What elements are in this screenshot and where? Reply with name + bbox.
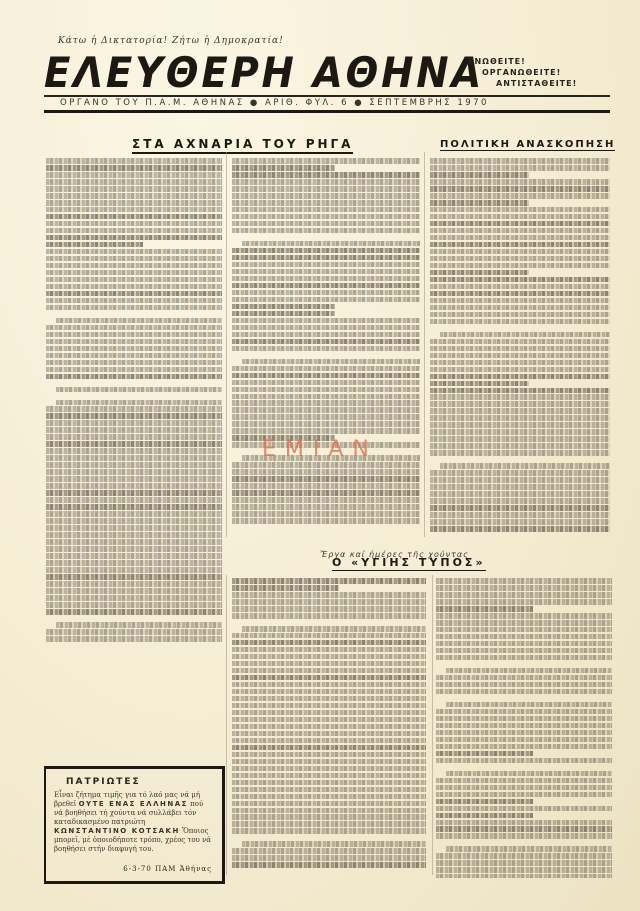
text-line (430, 512, 610, 518)
text-line (232, 689, 426, 695)
article-column (436, 578, 612, 878)
text-line (232, 808, 426, 814)
text-line (430, 312, 610, 318)
text-line (46, 504, 222, 510)
text-line (430, 401, 610, 407)
column-divider (226, 152, 227, 537)
text-line (46, 214, 222, 220)
text-line (436, 867, 612, 873)
text-line (430, 526, 610, 532)
text-line (46, 448, 222, 454)
text-line (436, 806, 612, 812)
text-line (46, 298, 222, 304)
text-line (436, 853, 612, 859)
text-line (430, 498, 610, 504)
text-line (430, 200, 529, 206)
text-line (232, 731, 426, 737)
text-line (232, 801, 426, 807)
text-line (430, 367, 610, 373)
text-line (232, 654, 426, 660)
column-divider (432, 575, 433, 875)
text-line (56, 622, 222, 628)
text-line (430, 408, 610, 414)
text-line (436, 785, 612, 791)
text-line (46, 434, 222, 440)
notice-signature: 6-3-70 ΠΑΜ Ἀθήνας (123, 865, 212, 873)
text-line (46, 455, 222, 461)
text-line (430, 319, 610, 325)
masthead-rule (44, 110, 610, 113)
text-line (46, 270, 222, 276)
column-divider (424, 152, 425, 537)
text-line (242, 626, 426, 632)
text-line (430, 207, 610, 213)
notice-emphasis: ΟΥΤΕ ΕΝΑΣ ΕΛΛΗΝΑΣ (79, 800, 188, 808)
text-line (430, 346, 610, 352)
text-line (46, 228, 222, 234)
text-line (232, 511, 420, 517)
text-line (232, 814, 426, 820)
text-line (242, 241, 420, 247)
text-line (232, 428, 420, 434)
text-line (46, 158, 222, 164)
text-line (436, 592, 612, 598)
text-line (232, 200, 420, 206)
text-line (232, 421, 420, 427)
text-line (430, 263, 610, 269)
text-line (46, 546, 222, 552)
text-line (46, 339, 222, 345)
text-line (436, 730, 612, 736)
text-line (436, 813, 533, 819)
text-line (430, 381, 529, 387)
text-line (440, 463, 610, 469)
text-line (232, 269, 420, 275)
text-line (46, 629, 222, 635)
text-line (436, 613, 612, 619)
text-line (232, 394, 420, 400)
text-line (46, 476, 222, 482)
column-divider (226, 575, 227, 875)
text-line (46, 602, 222, 608)
text-line (56, 318, 222, 324)
text-line (232, 221, 420, 227)
text-line (430, 242, 610, 248)
text-line (446, 846, 612, 852)
text-line (232, 290, 420, 296)
text-line (430, 179, 610, 185)
text-line (46, 525, 222, 531)
text-line (46, 539, 222, 545)
text-line (430, 249, 610, 255)
text-line (430, 519, 610, 525)
text-line (46, 165, 222, 171)
lower-headline: Ο «ΥΓΙΗΣ ΤΥΠΟΣ» (332, 556, 486, 571)
text-line (436, 627, 612, 633)
text-line (232, 780, 426, 786)
text-line (46, 581, 222, 587)
text-line (46, 609, 222, 615)
text-line (430, 443, 610, 449)
text-line (46, 305, 222, 311)
text-line (232, 165, 335, 171)
text-line (436, 606, 533, 612)
text-line (436, 648, 612, 654)
text-line (46, 636, 222, 642)
text-line (430, 477, 610, 483)
text-line (242, 359, 420, 365)
text-line (232, 661, 426, 667)
main-headline: ΣΤΑ ΑΧΝΑΡΙΑ ΤΟΥ ΡΗΓΑ (132, 137, 353, 154)
text-line (232, 724, 426, 730)
text-line (232, 318, 420, 324)
text-line (46, 200, 222, 206)
text-line (430, 270, 529, 276)
text-line (232, 738, 426, 744)
slogan: ΟΡΓΑΝΩΘΕΙΤΕ! (468, 67, 577, 78)
text-line (436, 833, 612, 839)
text-line (232, 578, 426, 584)
text-line (46, 256, 222, 262)
text-line (46, 346, 222, 352)
text-line (46, 595, 222, 601)
text-line (232, 207, 420, 213)
text-line (46, 511, 222, 517)
text-line (232, 647, 426, 653)
text-line (436, 826, 612, 832)
text-line (430, 353, 610, 359)
text-line (46, 420, 222, 426)
text-line (232, 787, 426, 793)
text-line (46, 374, 222, 380)
text-line (430, 256, 610, 262)
text-line (436, 675, 612, 681)
text-line (436, 682, 612, 688)
article-column (46, 158, 222, 758)
text-line (436, 689, 612, 695)
text-line (430, 305, 610, 311)
text-line (430, 470, 610, 476)
text-line (436, 634, 612, 640)
text-line (430, 291, 610, 297)
text-line (232, 214, 420, 220)
text-line (46, 332, 222, 338)
text-line (46, 179, 222, 185)
text-line (430, 360, 610, 366)
text-line (440, 332, 610, 338)
text-line (232, 490, 420, 496)
text-line (232, 828, 426, 834)
text-line (46, 560, 222, 566)
text-line (46, 413, 222, 419)
text-line (232, 228, 420, 234)
text-line (232, 339, 420, 345)
text-line (46, 360, 222, 366)
side-headline: ΠΟΛΙΤΙΚΗ ΑΝΑΣΚΟΠΗΣΗ (440, 139, 615, 151)
text-line (232, 504, 420, 510)
text-line (232, 387, 420, 393)
text-line (232, 794, 426, 800)
text-line (436, 820, 612, 826)
text-line (46, 235, 222, 241)
text-line (232, 407, 420, 413)
text-line (46, 553, 222, 559)
article-column (232, 578, 426, 878)
text-line (232, 483, 420, 489)
newspaper-title: ΕΛΕΥΘΕΡΗ ΑΘΗΝΑ (44, 48, 484, 97)
text-line (430, 172, 529, 178)
text-line (232, 675, 426, 681)
text-line (232, 848, 426, 854)
text-line (46, 469, 222, 475)
text-line (46, 532, 222, 538)
text-line (430, 214, 610, 220)
text-line (46, 367, 222, 373)
text-line (436, 641, 612, 647)
text-line (46, 172, 222, 178)
text-line (232, 158, 420, 164)
text-line (232, 476, 420, 482)
text-line (56, 400, 222, 406)
text-line (430, 422, 610, 428)
text-line (436, 751, 533, 757)
text-line (430, 221, 610, 227)
text-line (242, 841, 426, 847)
article-column (430, 158, 610, 542)
text-line (232, 262, 420, 268)
text-line (46, 193, 222, 199)
text-line (232, 592, 426, 598)
text-line (232, 710, 426, 716)
text-line (430, 388, 610, 394)
text-line (232, 414, 420, 420)
text-line (232, 862, 426, 868)
text-line (232, 304, 335, 310)
text-line (46, 574, 222, 580)
text-line (46, 490, 222, 496)
text-line (232, 325, 420, 331)
issue-line: ΟΡΓΑΝΟ ΤΟΥ Π.Α.Μ. ΑΘΗΝΑΣ ● ΑΡΙΘ. ΦΥΛ. 6 … (60, 98, 600, 108)
text-line (430, 491, 610, 497)
text-line (232, 497, 420, 503)
text-line (446, 668, 612, 674)
text-line (436, 585, 612, 591)
text-line (232, 462, 420, 468)
text-line (436, 860, 612, 866)
text-line (430, 484, 610, 490)
text-line (46, 263, 222, 269)
text-line (430, 298, 610, 304)
slogan: ΕΝΩΘΕΙΤΕ! (468, 56, 577, 67)
text-line (430, 193, 610, 199)
text-line (232, 613, 426, 619)
text-line (232, 668, 426, 674)
text-line (436, 737, 612, 743)
text-line (430, 374, 610, 380)
text-line (46, 441, 222, 447)
text-line (232, 193, 420, 199)
text-line (232, 633, 426, 639)
text-line (446, 771, 612, 777)
text-line (232, 276, 420, 282)
text-line (232, 703, 426, 709)
text-line (232, 745, 426, 751)
masthead-motto: Κάτω ἡ Δικτατορία! Ζήτω ἡ Δημοκρατία! (58, 36, 284, 46)
text-line (430, 429, 610, 435)
text-line (232, 400, 420, 406)
text-line (430, 284, 610, 290)
text-line (232, 773, 426, 779)
text-line (232, 380, 420, 386)
notice-box: ΠΑΤΡΙΩΤΕΣ Εἶναι ζήτημα τιμῆς για τό λαό … (44, 766, 225, 884)
notice-body: Εἶναι ζήτημα τιμῆς για τό λαό μας νά μή … (54, 791, 214, 854)
slogan: ΑΝΤΙΣΤΑΘΕΙΤΕ! (468, 78, 577, 89)
notice-emphasis: ΚΩΝΣΤΑΝΤΙΝΟ ΚΟΤΣΑΚΗ (54, 827, 180, 835)
text-line (232, 283, 420, 289)
text-line (46, 427, 222, 433)
text-line (430, 415, 610, 421)
text-line (232, 248, 420, 254)
text-line (232, 172, 420, 178)
text-line (46, 207, 222, 213)
masthead-rule (44, 95, 610, 97)
text-line (232, 766, 426, 772)
text-line (232, 752, 426, 758)
text-line (232, 599, 426, 605)
text-line (232, 759, 426, 765)
text-line (436, 578, 612, 584)
text-line (430, 394, 610, 400)
text-line (436, 799, 533, 805)
text-line (46, 249, 222, 255)
text-line (46, 497, 222, 503)
text-line (46, 406, 222, 412)
text-line (46, 325, 222, 331)
text-line (446, 702, 612, 708)
text-line (232, 346, 420, 352)
text-line (436, 758, 612, 764)
text-line (232, 682, 426, 688)
text-line (232, 332, 420, 338)
text-line (46, 588, 222, 594)
text-line (232, 821, 426, 827)
text-line (436, 709, 612, 715)
text-line (232, 179, 420, 185)
text-line (232, 311, 335, 317)
text-line (232, 366, 420, 372)
text-line (430, 450, 610, 456)
text-line (46, 186, 222, 192)
text-line (430, 228, 610, 234)
text-line (46, 353, 222, 359)
text-line (46, 277, 222, 283)
article-column (232, 158, 420, 526)
text-line (232, 585, 339, 591)
text-line (232, 255, 420, 261)
text-line (430, 158, 610, 164)
text-line (232, 606, 426, 612)
text-line (232, 518, 420, 524)
masthead-slogans: ΕΝΩΘΕΙΤΕ! ΟΡΓΑΝΩΘΕΙΤΕ! ΑΝΤΙΣΤΑΘΕΙΤΕ! (468, 56, 577, 89)
text-line (430, 339, 610, 345)
text-line (46, 242, 143, 248)
text-line (46, 518, 222, 524)
text-line (430, 235, 610, 241)
text-line (430, 505, 610, 511)
text-line (430, 165, 610, 171)
text-line (46, 291, 222, 297)
text-line (436, 792, 612, 798)
text-line (232, 717, 426, 723)
text-line (436, 655, 612, 661)
text-line (46, 567, 222, 573)
text-line (232, 297, 420, 303)
text-line (232, 696, 426, 702)
notice-title: ΠΑΤΡΙΩΤΕΣ (66, 777, 141, 787)
text-line (232, 640, 426, 646)
watermark: EMIAN (262, 437, 378, 462)
text-line (46, 284, 222, 290)
text-line (436, 620, 612, 626)
text-line (46, 462, 222, 468)
text-line (436, 874, 612, 878)
text-line (436, 744, 612, 750)
text-line (232, 855, 426, 861)
text-line (436, 778, 612, 784)
text-line (232, 373, 420, 379)
text-line (56, 387, 222, 393)
text-line (232, 469, 420, 475)
text-line (430, 186, 610, 192)
text-line (232, 186, 420, 192)
text-line (46, 221, 222, 227)
text-line (430, 436, 610, 442)
text-line (436, 723, 612, 729)
text-line (436, 716, 612, 722)
text-line (436, 599, 612, 605)
text-line (46, 483, 222, 489)
text-line (430, 277, 610, 283)
